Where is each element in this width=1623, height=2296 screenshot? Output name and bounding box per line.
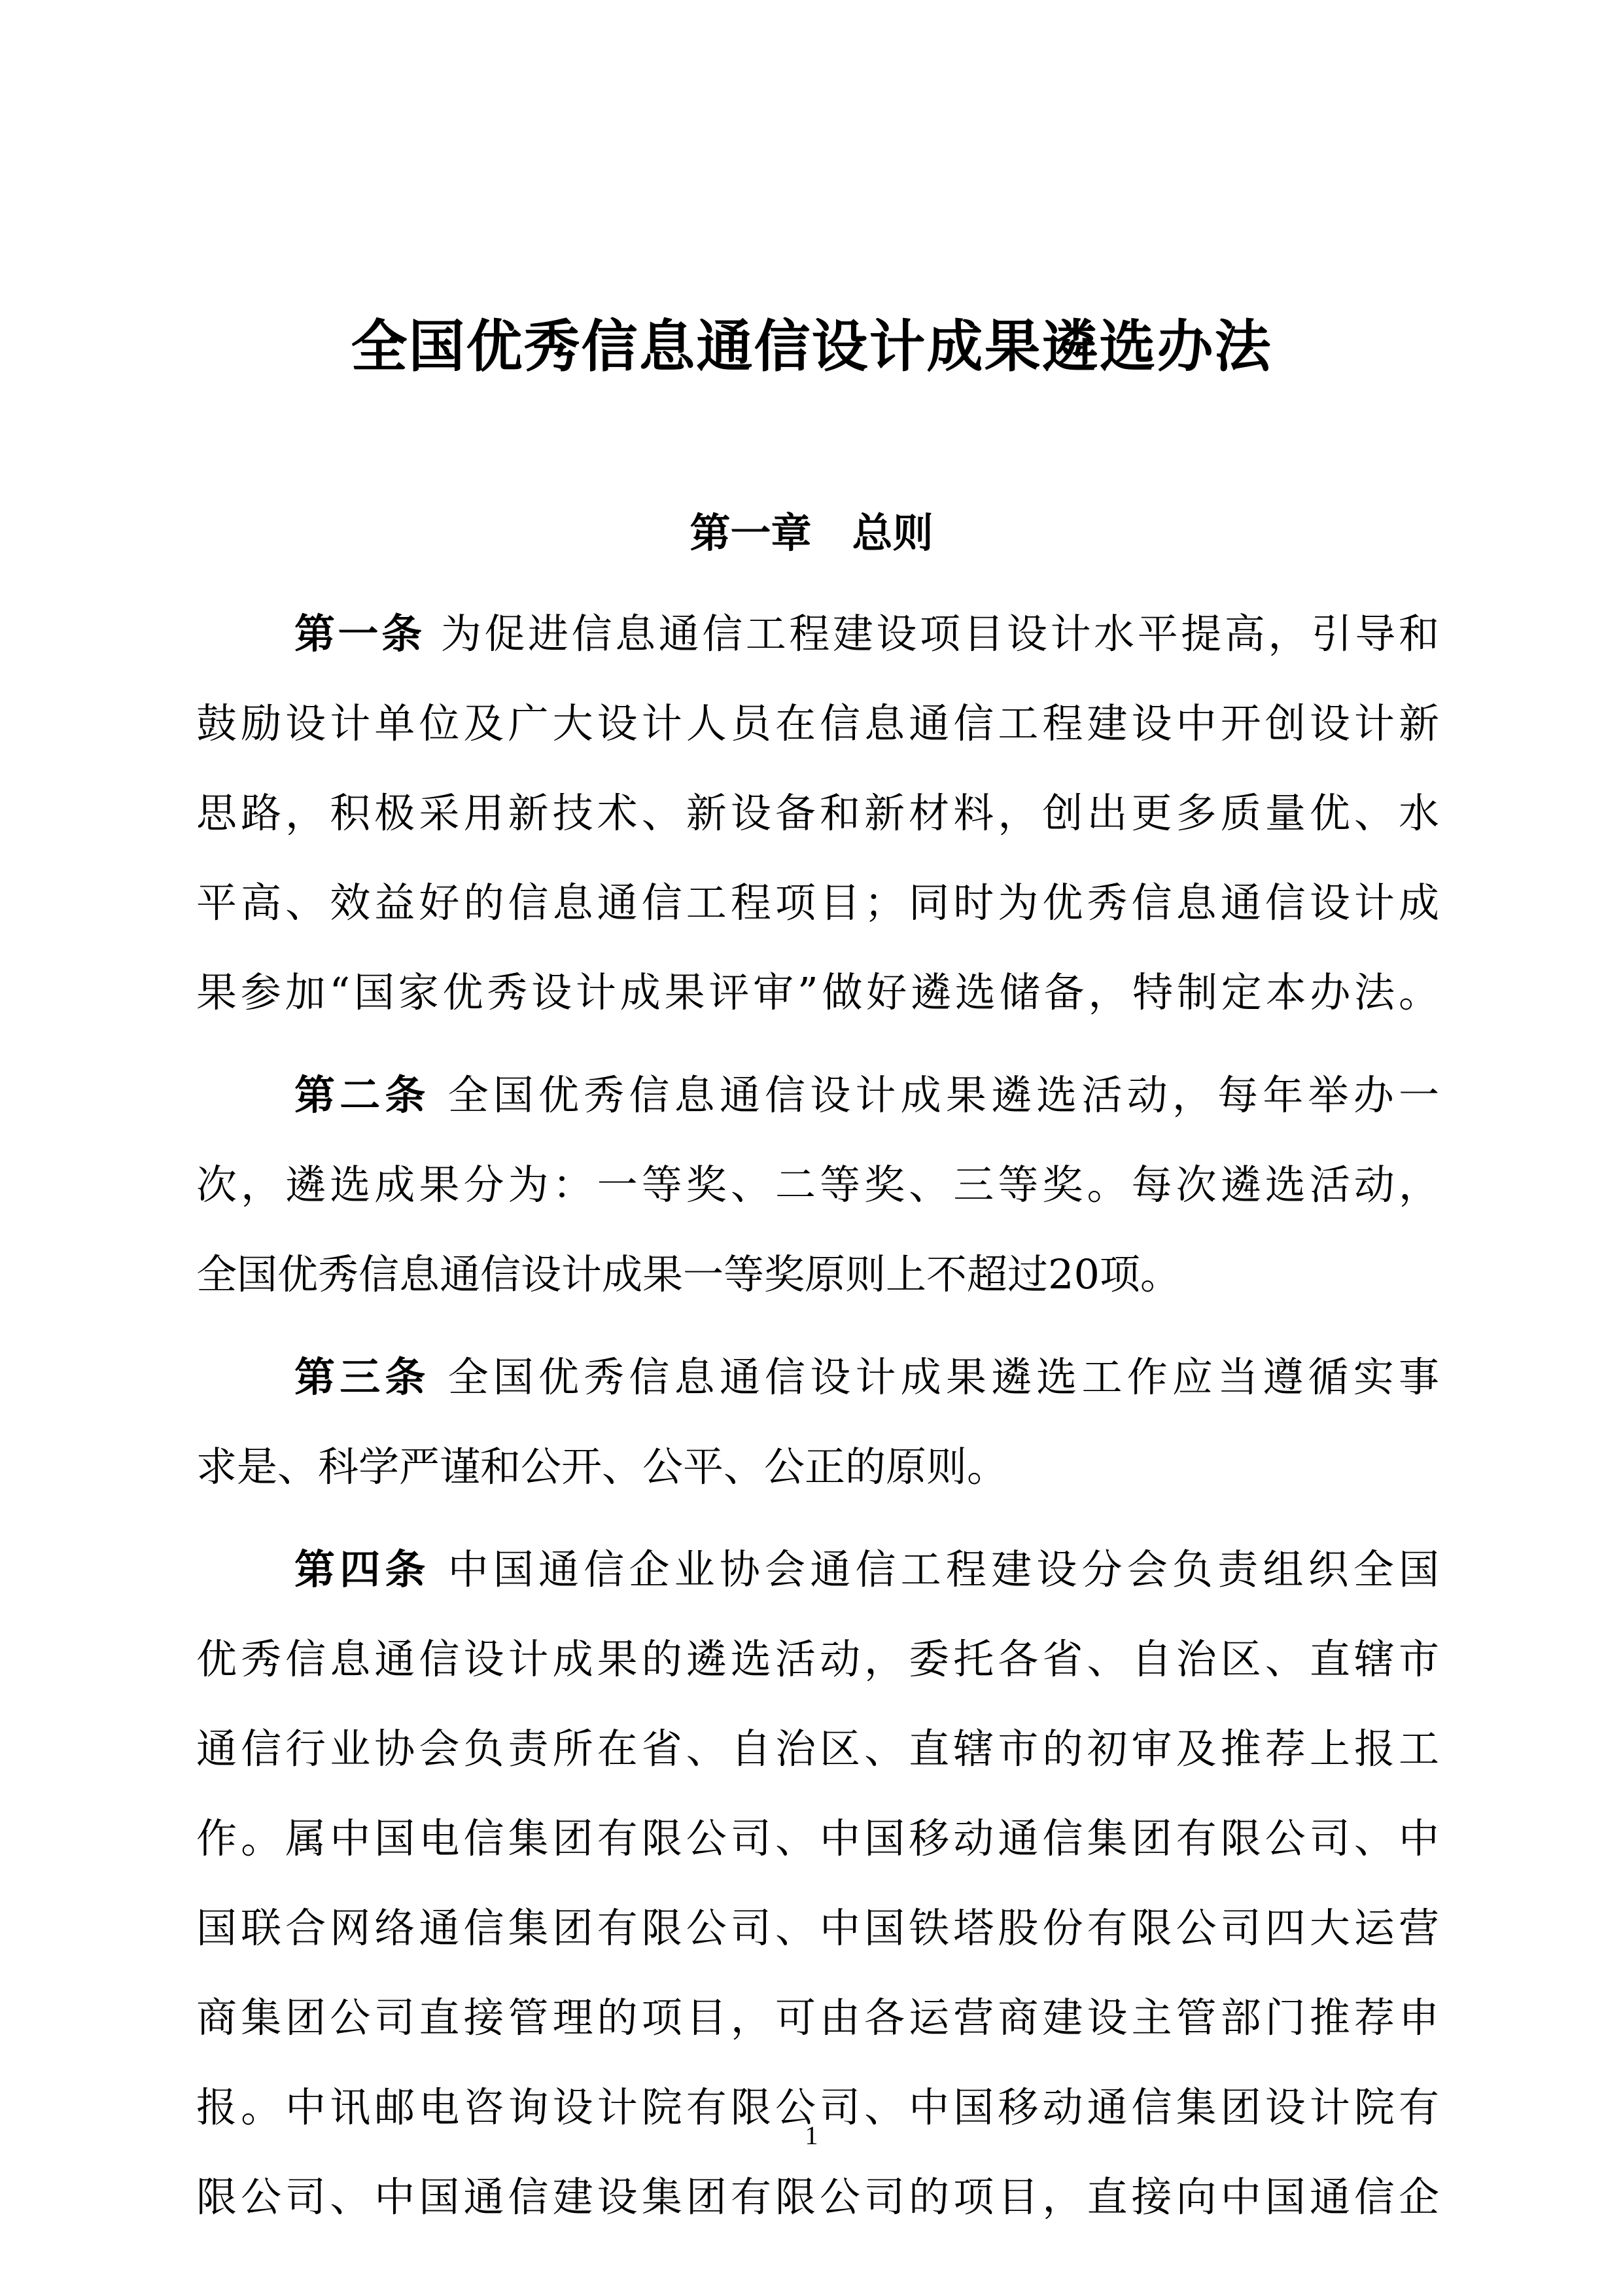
article-1-line-1: 第一条 为促进信息通信工程建设项目设计水平提高，引导和: [196, 589, 1439, 679]
article-label: 第一条: [294, 610, 425, 658]
article-4-line-5: 国联合网络通信集团有限公司、中国铁塔股份有限公司四大运营: [196, 1883, 1439, 1973]
chapter-heading: 第一章 总则: [0, 504, 1623, 563]
article-1-line-2: 鼓励设计单位及广大设计人员在信息通信工程建设中开创设计新: [196, 679, 1439, 768]
document-body: 第一条 为促进信息通信工程建设项目设计水平提高，引导和 鼓励设计单位及广大设计人…: [196, 589, 1439, 2242]
article-label: 第四条: [294, 1545, 430, 1593]
article-3-line-2: 求是、科学严谨和公开、公平、公正的原则。: [196, 1422, 1439, 1511]
article-4-line-3: 通信行业协会负责所在省、自治区、直辖市的初审及推荐上报工: [196, 1704, 1439, 1793]
article-3-line-1: 第三条 全国优秀信息通信设计成果遴选工作应当遵循实事: [196, 1332, 1439, 1422]
article-2-line-3: 全国优秀信息通信设计成果一等奖原则上不超过20项。: [196, 1229, 1439, 1319]
article-4-line-1: 第四条 中国通信企业协会通信工程建设分会负责组织全国: [196, 1525, 1439, 1614]
page-number: 1: [0, 2120, 1623, 2151]
document-title: 全国优秀信息通信设计成果遴选办法: [0, 308, 1623, 386]
article-1-line-4: 平高、效益好的信息通信工程项目；同时为优秀信息通信设计成: [196, 858, 1439, 947]
article-1-line-5: 果参加“国家优秀设计成果评审”做好遴选储备，特制定本办法。: [196, 947, 1439, 1037]
article-4-line-8: 限公司、中国通信建设集团有限公司的项目，直接向中国通信企: [196, 2152, 1439, 2242]
article-4-line-4: 作。属中国电信集团有限公司、中国移动通信集团有限公司、中: [196, 1793, 1439, 1883]
article-2-line-2: 次，遴选成果分为：一等奖、二等奖、三等奖。每次遴选活动，: [196, 1140, 1439, 1229]
article-4-line-2: 优秀信息通信设计成果的遴选活动，委托各省、自治区、直辖市: [196, 1614, 1439, 1704]
article-1-line-3: 思路，积极采用新技术、新设备和新材料，创出更多质量优、水: [196, 768, 1439, 858]
article-label: 第三条: [294, 1353, 430, 1401]
document-page: 全国优秀信息通信设计成果遴选办法 第一章 总则 第一条 为促进信息通信工程建设项…: [0, 0, 1623, 2296]
article-2-line-1: 第二条 全国优秀信息通信设计成果遴选活动，每年举办一: [196, 1050, 1439, 1140]
article-label: 第二条: [294, 1071, 430, 1119]
article-4-line-6: 商集团公司直接管理的项目，可由各运营商建设主管部门推荐申: [196, 1973, 1439, 2062]
